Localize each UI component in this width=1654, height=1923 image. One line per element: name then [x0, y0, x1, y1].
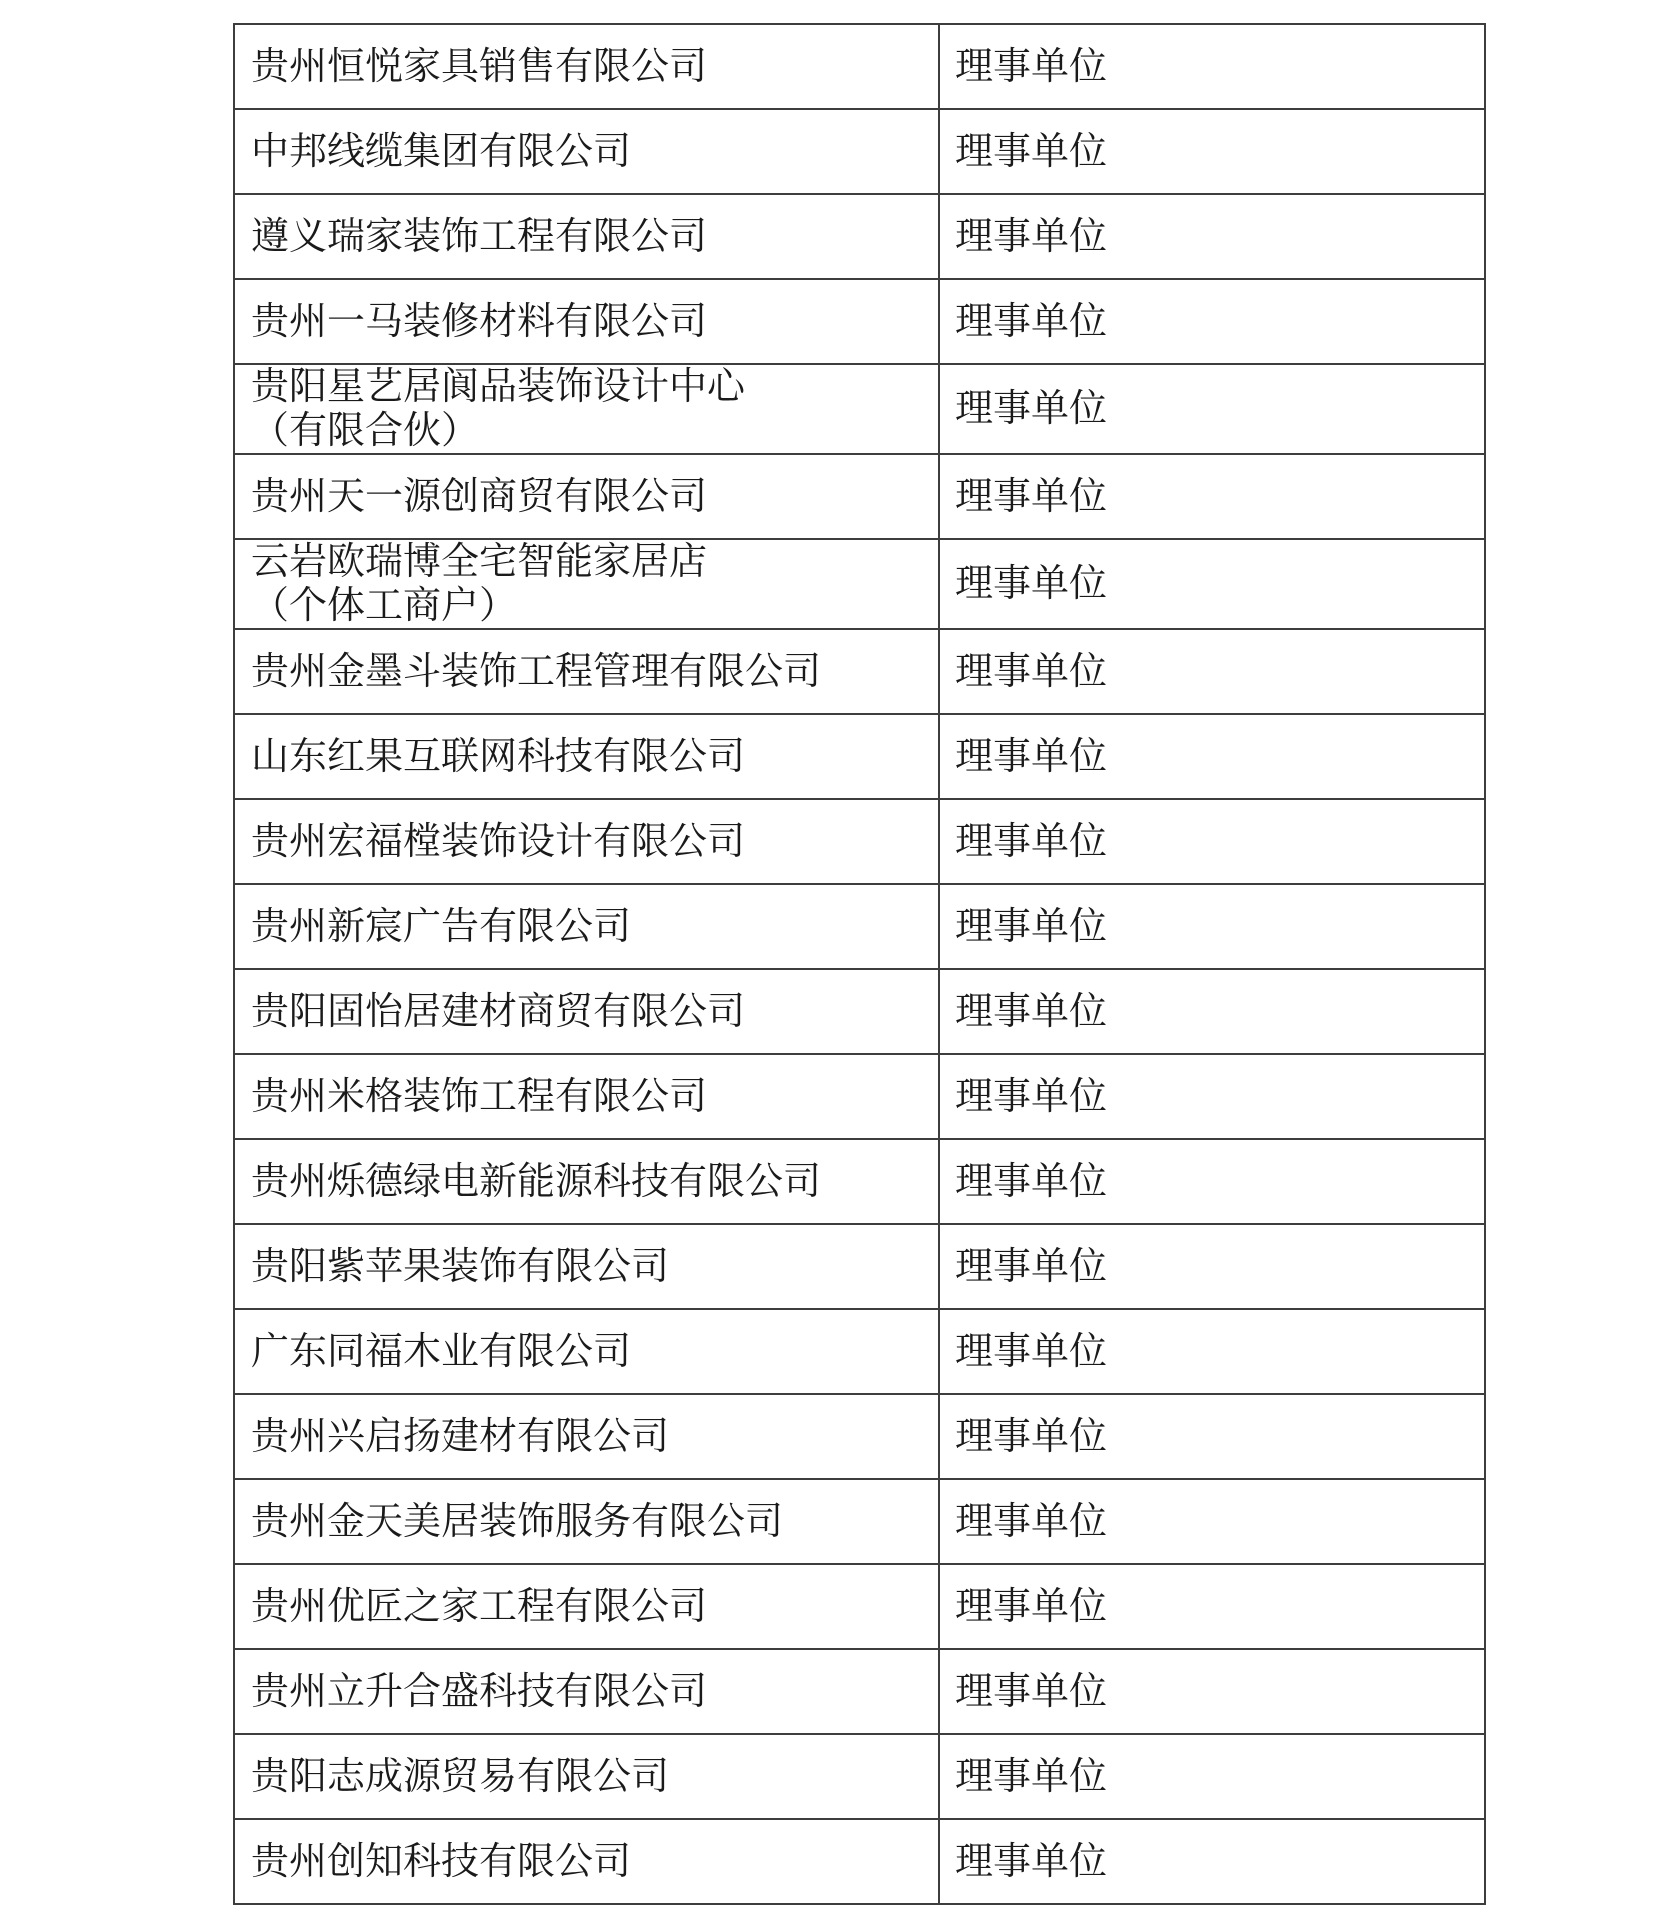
- member-role-cell: 理事单位: [939, 364, 1485, 454]
- member-unit-row: 贵州新宸广告有限公司 理事单位: [234, 884, 1485, 969]
- document-page: 贵州恒悦家具销售有限公司 理事单位 中邦线缆集团有限公司 理事单位 遵义瑞家装饰…: [0, 0, 1654, 1923]
- company-name-cell: 贵州立升合盛科技有限公司: [234, 1649, 939, 1734]
- member-unit-row: 贵州金天美居装饰服务有限公司 理事单位: [234, 1479, 1485, 1564]
- member-unit-row: 贵阳星艺居阆品装饰设计中心 （有限合伙） 理事单位: [234, 364, 1485, 454]
- member-role-cell: 理事单位: [939, 1649, 1485, 1734]
- member-unit-row: 贵州恒悦家具销售有限公司 理事单位: [234, 24, 1485, 109]
- member-role-cell: 理事单位: [939, 1394, 1485, 1479]
- member-role-cell: 理事单位: [939, 194, 1485, 279]
- member-role-cell: 理事单位: [939, 109, 1485, 194]
- member-role-cell: 理事单位: [939, 24, 1485, 109]
- member-role-cell: 理事单位: [939, 1224, 1485, 1309]
- company-name-cell: 贵州创知科技有限公司: [234, 1819, 939, 1904]
- member-role-cell: 理事单位: [939, 969, 1485, 1054]
- member-role-cell: 理事单位: [939, 884, 1485, 969]
- company-name-cell: 贵州恒悦家具销售有限公司: [234, 24, 939, 109]
- member-units-table: 贵州恒悦家具销售有限公司 理事单位 中邦线缆集团有限公司 理事单位 遵义瑞家装饰…: [233, 23, 1486, 1905]
- company-name-cell: 云岩欧瑞博全宅智能家居店 （个体工商户）: [234, 539, 939, 629]
- member-unit-row: 贵州米格装饰工程有限公司 理事单位: [234, 1054, 1485, 1139]
- company-name-cell: 贵州金墨斗装饰工程管理有限公司: [234, 629, 939, 714]
- member-role-cell: 理事单位: [939, 1734, 1485, 1819]
- member-unit-row: 贵州一马装修材料有限公司 理事单位: [234, 279, 1485, 364]
- company-name-cell: 贵阳固怡居建材商贸有限公司: [234, 969, 939, 1054]
- company-name-cell: 贵州烁德绿电新能源科技有限公司: [234, 1139, 939, 1224]
- member-role-cell: 理事单位: [939, 279, 1485, 364]
- member-unit-row: 山东红果互联网科技有限公司 理事单位: [234, 714, 1485, 799]
- member-role-cell: 理事单位: [939, 1054, 1485, 1139]
- member-unit-row: 遵义瑞家装饰工程有限公司 理事单位: [234, 194, 1485, 279]
- company-name-cell: 贵州优匠之家工程有限公司: [234, 1564, 939, 1649]
- member-role-cell: 理事单位: [939, 799, 1485, 884]
- member-role-cell: 理事单位: [939, 1139, 1485, 1224]
- company-name-cell: 山东红果互联网科技有限公司: [234, 714, 939, 799]
- company-name-cell: 遵义瑞家装饰工程有限公司: [234, 194, 939, 279]
- member-unit-row: 贵州天一源创商贸有限公司 理事单位: [234, 454, 1485, 539]
- member-unit-row: 贵州优匠之家工程有限公司 理事单位: [234, 1564, 1485, 1649]
- company-name-cell: 贵州米格装饰工程有限公司: [234, 1054, 939, 1139]
- company-name-cell: 贵阳志成源贸易有限公司: [234, 1734, 939, 1819]
- member-role-cell: 理事单位: [939, 1819, 1485, 1904]
- member-role-cell: 理事单位: [939, 1309, 1485, 1394]
- member-unit-row: 贵阳志成源贸易有限公司 理事单位: [234, 1734, 1485, 1819]
- member-unit-row: 贵阳固怡居建材商贸有限公司 理事单位: [234, 969, 1485, 1054]
- company-name-cell: 贵州一马装修材料有限公司: [234, 279, 939, 364]
- member-unit-row: 贵州兴启扬建材有限公司 理事单位: [234, 1394, 1485, 1479]
- member-unit-row: 贵州立升合盛科技有限公司 理事单位: [234, 1649, 1485, 1734]
- company-name-cell: 贵州兴启扬建材有限公司: [234, 1394, 939, 1479]
- member-unit-row: 贵州烁德绿电新能源科技有限公司 理事单位: [234, 1139, 1485, 1224]
- company-name-cell: 广东同福木业有限公司: [234, 1309, 939, 1394]
- member-units-table-body: 贵州恒悦家具销售有限公司 理事单位 中邦线缆集团有限公司 理事单位 遵义瑞家装饰…: [234, 24, 1485, 1904]
- member-unit-row: 云岩欧瑞博全宅智能家居店 （个体工商户） 理事单位: [234, 539, 1485, 629]
- member-role-cell: 理事单位: [939, 539, 1485, 629]
- member-role-cell: 理事单位: [939, 1564, 1485, 1649]
- member-role-cell: 理事单位: [939, 714, 1485, 799]
- member-unit-row: 广东同福木业有限公司 理事单位: [234, 1309, 1485, 1394]
- member-role-cell: 理事单位: [939, 629, 1485, 714]
- company-name-cell: 贵州新宸广告有限公司: [234, 884, 939, 969]
- company-name-cell: 贵阳紫苹果装饰有限公司: [234, 1224, 939, 1309]
- company-name-cell: 贵州天一源创商贸有限公司: [234, 454, 939, 539]
- company-name-cell: 中邦线缆集团有限公司: [234, 109, 939, 194]
- member-role-cell: 理事单位: [939, 454, 1485, 539]
- member-unit-row: 贵州宏福樘装饰设计有限公司 理事单位: [234, 799, 1485, 884]
- member-unit-row: 中邦线缆集团有限公司 理事单位: [234, 109, 1485, 194]
- company-name-cell: 贵阳星艺居阆品装饰设计中心 （有限合伙）: [234, 364, 939, 454]
- member-unit-row: 贵州创知科技有限公司 理事单位: [234, 1819, 1485, 1904]
- member-unit-row: 贵阳紫苹果装饰有限公司 理事单位: [234, 1224, 1485, 1309]
- member-unit-row: 贵州金墨斗装饰工程管理有限公司 理事单位: [234, 629, 1485, 714]
- company-name-cell: 贵州宏福樘装饰设计有限公司: [234, 799, 939, 884]
- member-role-cell: 理事单位: [939, 1479, 1485, 1564]
- company-name-cell: 贵州金天美居装饰服务有限公司: [234, 1479, 939, 1564]
